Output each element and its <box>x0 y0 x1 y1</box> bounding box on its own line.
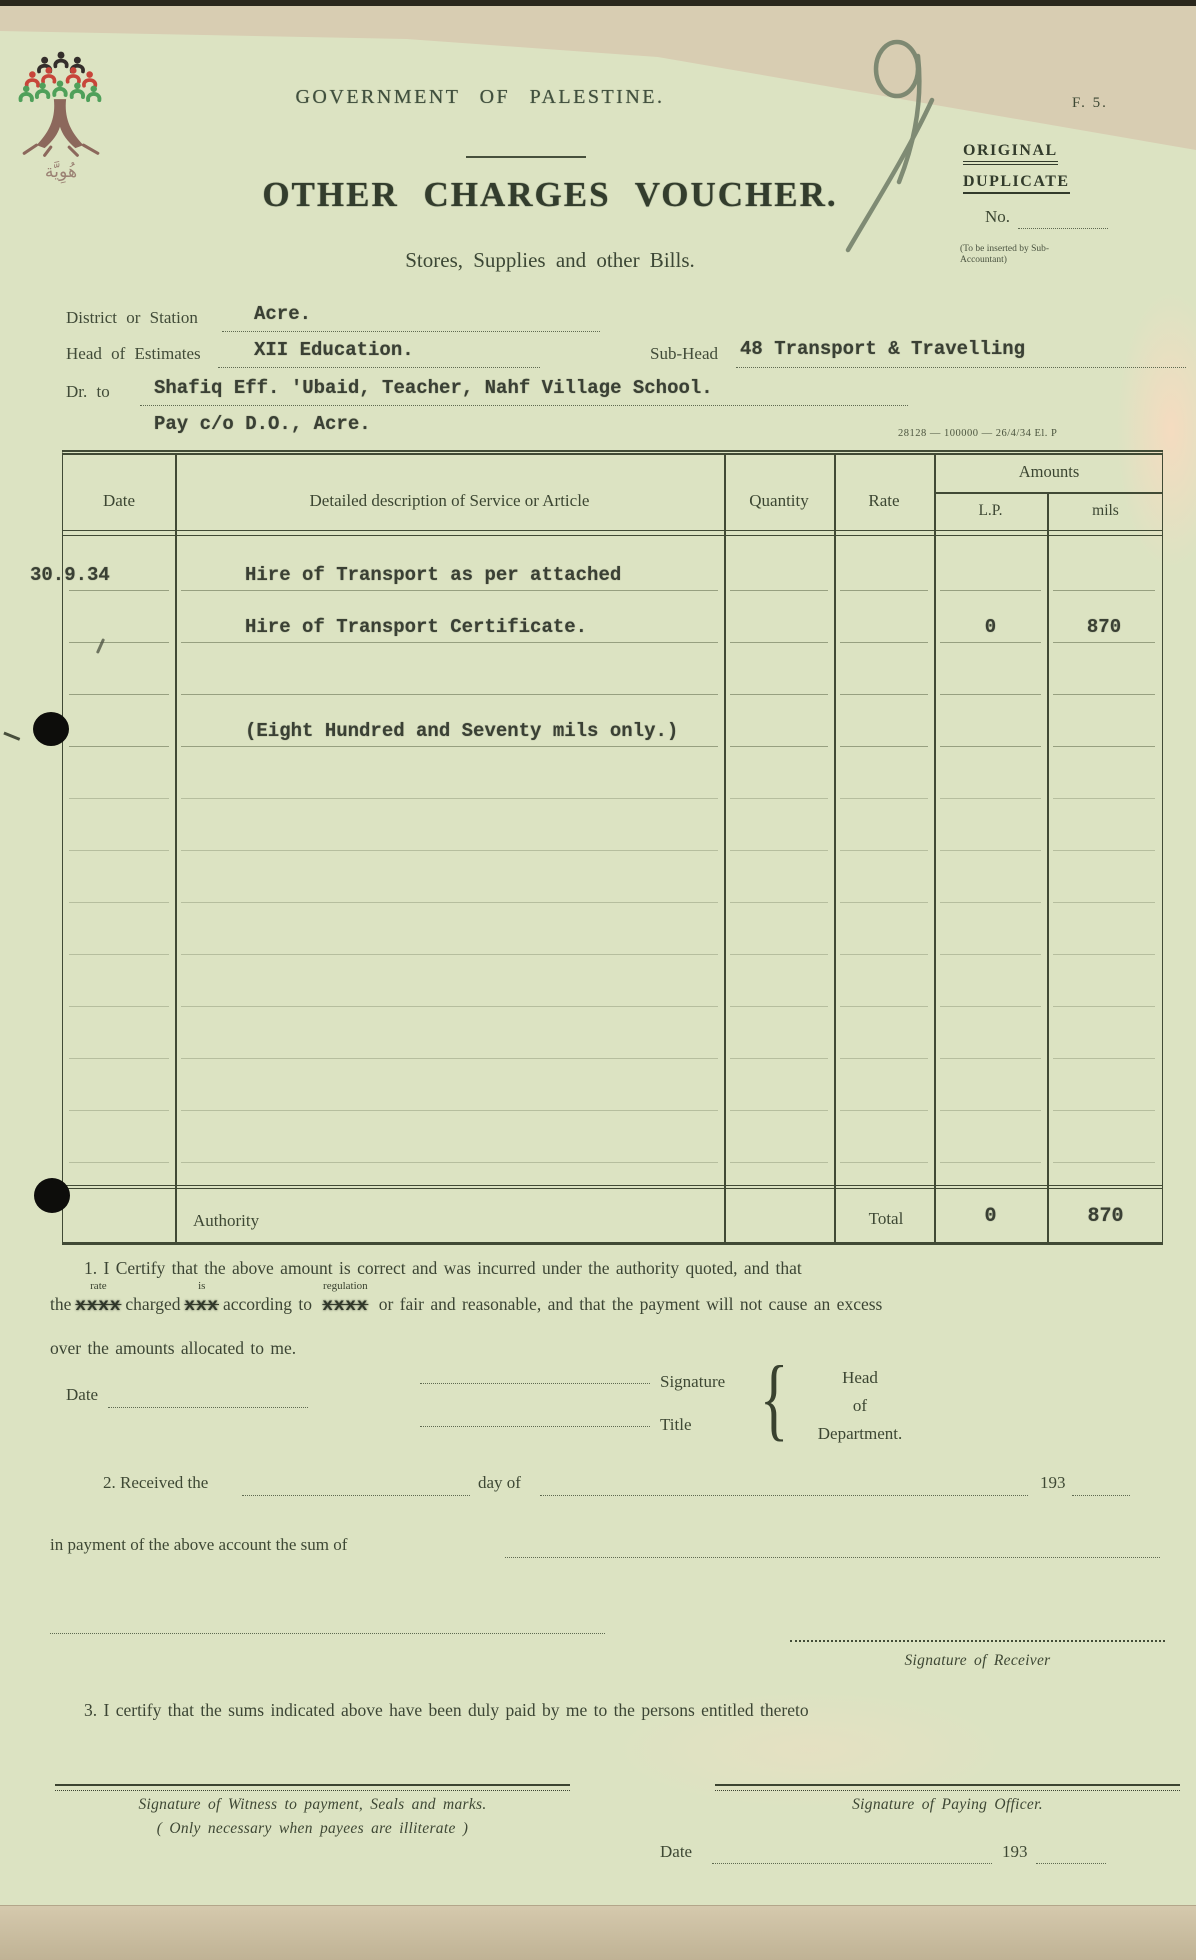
cell-date <box>63 591 175 643</box>
voucher-table: Date Detailed description of Service or … <box>62 450 1163 1245</box>
correction-is: isxxx <box>184 1294 219 1316</box>
year-prefix: 193 <box>1040 1473 1066 1493</box>
cell-lp: 0 <box>934 591 1047 643</box>
cell-rate <box>834 1059 934 1111</box>
certification-3-text: 3. I certify that the sums indicated abo… <box>84 1700 809 1721</box>
paying-officer-rule <box>715 1784 1180 1791</box>
cell-lp <box>934 903 1047 955</box>
cell-lp <box>934 955 1047 1007</box>
year-line <box>1072 1494 1130 1496</box>
cell-date <box>63 955 175 1007</box>
government-title: GOVERNMENT OF PALESTINE. <box>250 86 710 109</box>
form-code: F. 5. <box>1072 95 1108 112</box>
cell-date <box>63 799 175 851</box>
col-header-lp: L.P. <box>934 502 1047 520</box>
page-title: OTHER CHARGES VOUCHER. <box>230 175 870 215</box>
head-of-department-label: Head of Department. <box>795 1364 925 1448</box>
duplicate-label: DUPLICATE <box>963 173 1070 194</box>
cell-description <box>175 747 724 799</box>
estimates-line <box>218 366 540 368</box>
cell-mils <box>1047 1111 1161 1163</box>
cert-word: charged <box>125 1294 180 1314</box>
correction-word: regulation <box>323 1280 368 1292</box>
head-line: of <box>795 1392 925 1420</box>
cell-description: Hire of Transport Certificate. <box>175 591 724 643</box>
cell-description <box>175 643 724 695</box>
note-line: Accountant) <box>960 255 1120 266</box>
col-header-date: Date <box>63 491 175 511</box>
cell-lp <box>934 851 1047 903</box>
cell-lp <box>934 1007 1047 1059</box>
title-line <box>420 1425 650 1427</box>
handwritten-number-nine <box>835 32 950 254</box>
cell-date <box>63 1111 175 1163</box>
certification-1-line2: theratexxxxchargedisxxxaccording to regu… <box>50 1294 882 1316</box>
struck-word: xxx <box>184 1296 219 1316</box>
tree-of-people-logo: هُوِيَّة <box>16 50 106 185</box>
cell-mils <box>1047 903 1161 955</box>
cell-description <box>175 903 724 955</box>
cert-word: according to <box>223 1294 312 1314</box>
col-header-rate: Rate <box>834 491 934 511</box>
cell-quantity <box>724 1007 834 1059</box>
table-row <box>63 955 1162 1007</box>
print-reference: 28128 — 100000 — 26/4/34 El. P <box>898 428 1057 439</box>
typed-entry: (Eight Hundred and Seventy mils only.) <box>245 720 678 742</box>
cell-quantity <box>724 903 834 955</box>
cell-lp <box>934 1059 1047 1111</box>
cell-lp <box>934 643 1047 695</box>
dr-to-label: Dr. to <box>66 382 110 402</box>
amount-words-line <box>50 1632 605 1634</box>
date-label: Date <box>66 1385 98 1405</box>
punch-hole <box>34 1178 70 1213</box>
cell-rate <box>834 1007 934 1059</box>
footer-date-label: Date <box>660 1842 692 1862</box>
district-line <box>222 330 600 332</box>
cell-mils <box>1047 539 1161 591</box>
amounts-underline <box>934 492 1162 494</box>
logo-arabic-name: هُوِيَّة <box>45 162 77 185</box>
voucher-no-label: No. <box>985 207 1010 227</box>
correction-word: is <box>198 1280 205 1292</box>
footer-year-prefix: 193 <box>1002 1842 1028 1862</box>
cell-rate <box>834 903 934 955</box>
typed-entry: Hire of Transport as per attached <box>245 564 621 586</box>
subhead-value: 48 Transport & Travelling <box>740 338 1025 360</box>
note-line: (To be inserted by Sub- <box>960 244 1120 255</box>
footer-date-line <box>712 1862 992 1864</box>
cell-mils <box>1047 955 1161 1007</box>
table-row <box>63 799 1162 851</box>
cert-word: the <box>50 1294 71 1314</box>
cell-mils <box>1047 695 1161 747</box>
header-bottom-rule <box>63 530 1162 536</box>
dr-to-value: Shafiq Eff. 'Ubaid, Teacher, Nahf Villag… <box>154 377 713 399</box>
received-day-line <box>242 1494 470 1496</box>
cell-rate <box>834 539 934 591</box>
paying-officer-label: Signature of Paying Officer. <box>715 1796 1180 1814</box>
table-row <box>63 1007 1162 1059</box>
cell-quantity <box>724 591 834 643</box>
cell-rate <box>834 591 934 643</box>
scan-bottom-edge <box>0 1905 1196 1960</box>
header-rule <box>466 156 586 158</box>
cell-description <box>175 851 724 903</box>
cell-mils: 870 <box>1047 591 1161 643</box>
typed-entry: 30.9.34 <box>30 564 110 586</box>
cell-lp <box>934 1111 1047 1163</box>
cell-quantity <box>724 955 834 1007</box>
cell-date <box>63 695 175 747</box>
cell-rate <box>834 695 934 747</box>
cell-description <box>175 1007 724 1059</box>
date-line <box>108 1406 308 1408</box>
voucher-page: هُوِيَّة GOVERNMENT OF PALESTINE. F. 5. … <box>0 0 1196 1960</box>
cell-lp <box>934 799 1047 851</box>
correction-regulation: regulationxxxx <box>322 1294 368 1316</box>
col-header-mils: mils <box>1047 502 1164 520</box>
cell-description <box>175 1111 724 1163</box>
sum-line <box>505 1556 1160 1558</box>
table-row: (Eight Hundred and Seventy mils only.) <box>63 695 1162 747</box>
cell-date <box>63 747 175 799</box>
typed-entry: Hire of Transport Certificate. <box>245 616 587 638</box>
cell-description: Hire of Transport as per attached <box>175 539 724 591</box>
signature-of-receiver-label: Signature of Receiver <box>790 1652 1165 1670</box>
cell-rate <box>834 799 934 851</box>
table-row: 30.9.34Hire of Transport as per attached <box>63 539 1162 591</box>
total-mils-value: 870 <box>1047 1205 1164 1228</box>
authority-row: Authority Total 0 870 <box>63 1185 1162 1251</box>
cell-quantity <box>724 643 834 695</box>
district-label: District or Station <box>66 308 198 328</box>
subhead-label: Sub-Head <box>650 344 718 364</box>
cell-quantity <box>724 695 834 747</box>
scan-top-edge <box>0 0 1196 150</box>
correction-word: rate <box>90 1280 106 1292</box>
footer-year-line <box>1036 1862 1106 1864</box>
pay-care-of-value: Pay c/o D.O., Acre. <box>154 413 371 435</box>
col-header-quantity: Quantity <box>724 491 834 511</box>
estimates-label: Head of Estimates <box>66 344 201 364</box>
cell-rate <box>834 955 934 1007</box>
witness-label: Signature of Witness to payment, Seals a… <box>55 1796 570 1814</box>
in-payment-label: in payment of the above account the sum … <box>50 1535 347 1555</box>
cell-date <box>63 1007 175 1059</box>
cell-mils <box>1047 643 1161 695</box>
cell-quantity <box>724 851 834 903</box>
table-row <box>63 1111 1162 1163</box>
cert-word: or fair and reasonable, and that the pay… <box>379 1294 883 1314</box>
subhead-line <box>736 366 1186 368</box>
title-label: Title <box>660 1415 692 1435</box>
typed-entry: 870 <box>1087 616 1121 638</box>
table-row <box>63 903 1162 955</box>
struck-word: xxxx <box>322 1296 368 1316</box>
estimates-value: XII Education. <box>254 339 414 361</box>
cell-mils <box>1047 1007 1161 1059</box>
struck-word: xxxx <box>75 1296 121 1316</box>
cell-description: (Eight Hundred and Seventy mils only.) <box>175 695 724 747</box>
cell-mils <box>1047 747 1161 799</box>
cell-date <box>63 643 175 695</box>
district-value: Acre. <box>254 303 311 325</box>
cell-date <box>63 851 175 903</box>
cell-date <box>63 1059 175 1111</box>
table-row: Hire of Transport Certificate.0870 <box>63 591 1162 643</box>
table-row <box>63 1059 1162 1111</box>
typed-entry: 0 <box>985 616 996 638</box>
received-label: 2. Received the <box>103 1473 208 1493</box>
cell-lp <box>934 747 1047 799</box>
cell-description <box>175 955 724 1007</box>
witness-signature-rule <box>55 1784 570 1791</box>
authority-label: Authority <box>193 1211 259 1231</box>
total-lp-value: 0 <box>934 1205 1047 1228</box>
cell-quantity <box>724 1111 834 1163</box>
punch-hole <box>33 712 69 746</box>
cell-quantity <box>724 539 834 591</box>
col-header-amounts: Amounts <box>934 462 1164 482</box>
signature-label: Signature <box>660 1372 725 1392</box>
cell-date: 30.9.34 <box>63 539 175 591</box>
table-row <box>63 643 1162 695</box>
cell-mils <box>1047 851 1161 903</box>
dr-to-line <box>140 404 908 406</box>
cell-quantity <box>724 747 834 799</box>
head-line: Department. <box>795 1420 925 1448</box>
cell-rate <box>834 851 934 903</box>
sub-accountant-note: (To be inserted by Sub- Accountant) <box>960 244 1120 266</box>
table-row <box>63 851 1162 903</box>
col-header-description: Detailed description of Service or Artic… <box>175 491 724 511</box>
witness-note: ( Only necessary when payees are illiter… <box>55 1820 570 1838</box>
original-label: ORIGINAL <box>963 142 1058 165</box>
correction-rate: ratexxxx <box>75 1294 121 1316</box>
cell-description <box>175 1059 724 1111</box>
receiver-signature-line <box>790 1640 1165 1643</box>
voucher-no-line <box>1018 227 1108 229</box>
certification-1-line1: 1. I Certify that the above amount is co… <box>84 1258 802 1279</box>
cell-rate <box>834 643 934 695</box>
page-subtitle: Stores, Supplies and other Bills. <box>290 248 810 273</box>
handwritten-tick <box>3 723 23 740</box>
table-body: 30.9.34Hire of Transport as per attached… <box>63 539 1162 1163</box>
cell-rate <box>834 1111 934 1163</box>
cell-date <box>63 903 175 955</box>
cell-lp <box>934 539 1047 591</box>
month-line <box>540 1494 1028 1496</box>
cell-mils <box>1047 799 1161 851</box>
total-label: Total <box>838 1209 934 1229</box>
cell-mils <box>1047 1059 1161 1111</box>
cell-quantity <box>724 799 834 851</box>
cell-description <box>175 799 724 851</box>
table-row <box>63 747 1162 799</box>
head-line: Head <box>795 1364 925 1392</box>
signature-line <box>420 1382 650 1384</box>
cell-quantity <box>724 1059 834 1111</box>
cell-rate <box>834 747 934 799</box>
certification-1-line3: over the amounts allocated to me. <box>50 1338 296 1359</box>
brace-icon: { <box>760 1352 789 1444</box>
scan-top-border <box>0 0 1196 6</box>
day-of-label: day of <box>478 1473 521 1493</box>
cell-lp <box>934 695 1047 747</box>
